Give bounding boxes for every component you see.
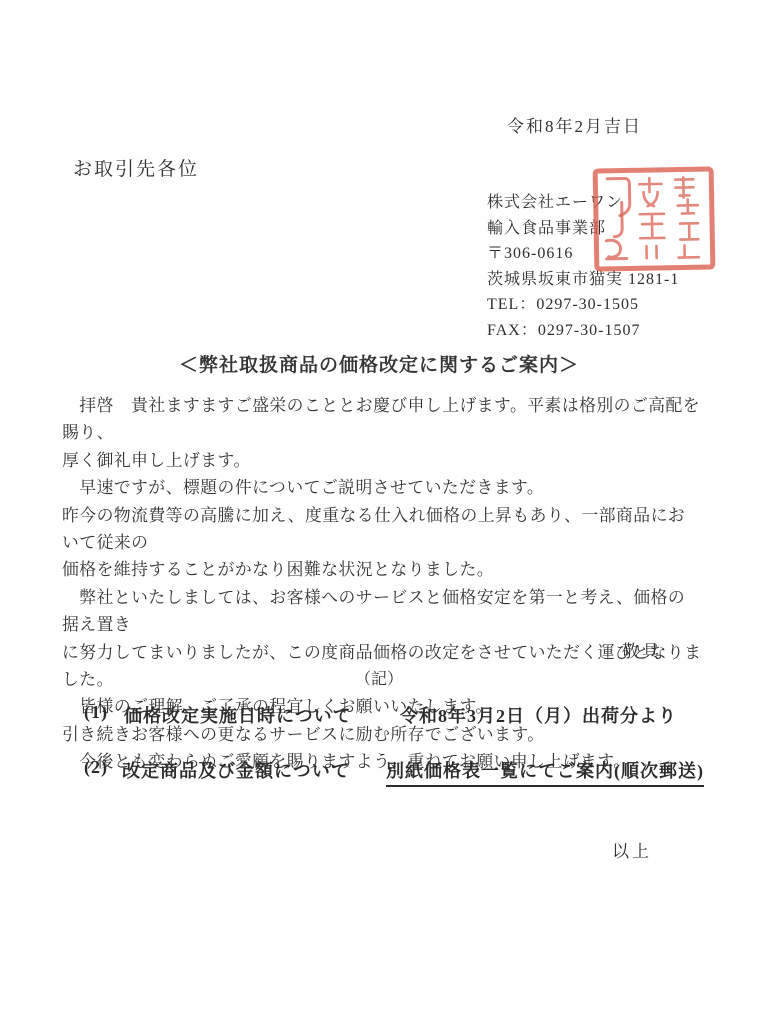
body-line: 拝啓 貴社ますますご盛栄のこととお慶び申し上げます。平素は格別のご高配を賜り、 (62, 392, 702, 447)
sender-block: 株式会社エーワン 輸入食品事業部 〒306-0616 茨城県坂東市猫実 1281… (487, 190, 679, 343)
sender-tel: TEL：0297-30-1505 (487, 292, 679, 318)
record-marker: （記） (0, 666, 758, 689)
closing-keigu: 敬具 (622, 637, 662, 662)
scanned-letter-page: 令和8年2月吉日 お取引先各位 株式会社エーワン 輸入食品事業部 〒306-06… (0, 0, 758, 1024)
body-line: 昨今の物流費等の高騰に加え、度重なる仕入れ価格の上昇もあり、一部商品において従来… (62, 502, 702, 557)
item-row-2: (2) 改定商品及び金額について 別紙価格表一覧にてご案内(順次郵送) (84, 757, 704, 787)
body-line: 厚く御礼申し上げます。 (62, 447, 702, 474)
sender-postal-code: 〒306-0616 (487, 241, 679, 267)
item-value-underlined: 別紙価格表一覧にてご案内(順次郵送) (386, 757, 704, 787)
end-marker: 以上 (612, 837, 652, 862)
item-number: (1) (84, 702, 124, 723)
sender-fax: FAX：0297-30-1507 (487, 318, 679, 344)
body-line: 価格を維持することがかなり困難な状況となりました。 (62, 556, 702, 583)
item-label: 価格改定実施日時について (124, 702, 372, 728)
body-line: 弊社といたしましては、お客様へのサービスと価格安定を第一と考え、価格の据え置き (62, 584, 702, 639)
notice-items: (1) 価格改定実施日時について 令和8年3月2日（月）出荷分より (2) 改定… (84, 702, 704, 816)
sender-address: 茨城県坂東市猫実 1281-1 (487, 267, 679, 293)
item-number: (2) (84, 757, 122, 778)
item-row-1: (1) 価格改定実施日時について 令和8年3月2日（月）出荷分より (84, 702, 704, 728)
document-title: ＜弊社取扱商品の価格改定に関するご案内＞ (0, 350, 758, 377)
item-label: 改定商品及び金額について (122, 757, 358, 783)
sender-company: 株式会社エーワン (487, 190, 679, 216)
recipient-line: お取引先各位 (73, 154, 199, 181)
body-line: 早速ですが、標題の件についてご説明させていただきます。 (62, 474, 702, 501)
letter-date: 令和8年2月吉日 (507, 112, 642, 137)
item-value: 令和8年3月2日（月）出荷分より (400, 702, 677, 728)
sender-department: 輸入食品事業部 (487, 216, 679, 242)
